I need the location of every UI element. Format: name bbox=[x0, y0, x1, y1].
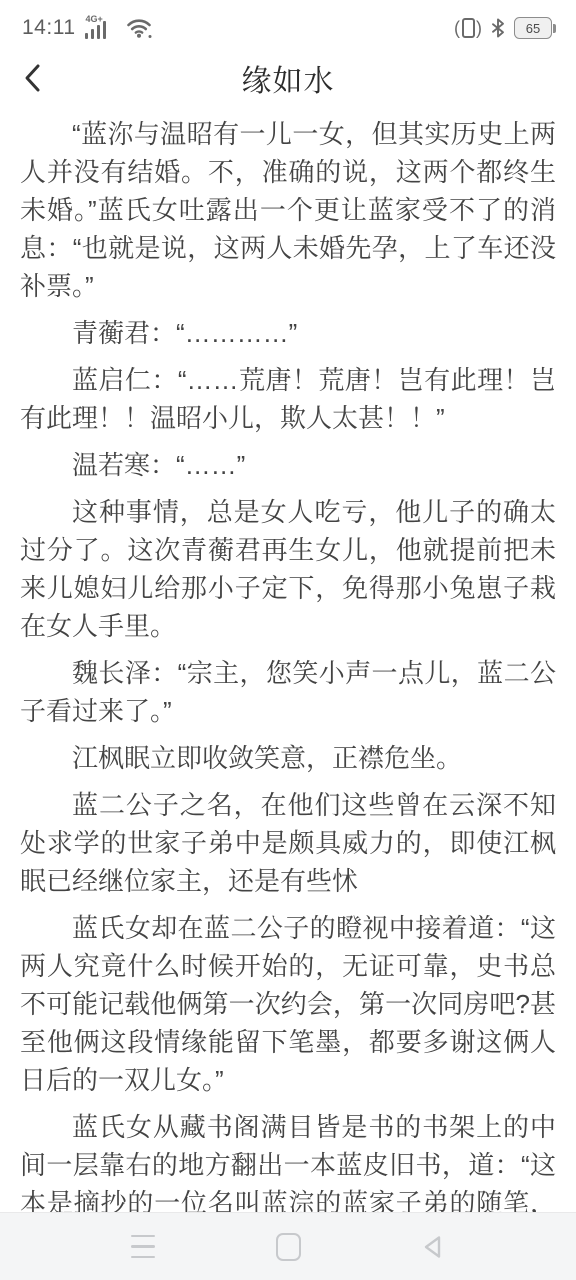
cell-signal-icon: 4G+ bbox=[85, 14, 117, 42]
recent-apps-button[interactable] bbox=[130, 1233, 156, 1261]
novel-paragraph: 这种事情，总是女人吃亏，他儿子的确太过分了。这次青蘅君再生女儿，他就提前把未来儿… bbox=[20, 493, 556, 645]
novel-paragraph: 魏长泽：“宗主，您笑小声一点儿，蓝二公子看过来了。” bbox=[20, 654, 556, 730]
novel-paragraph: 蓝启仁：“……荒唐！荒唐！岂有此理！岂有此理！！温昭小儿，欺人太甚！！” bbox=[20, 361, 556, 437]
chevron-left-icon bbox=[22, 63, 44, 93]
title-bar: 缘如水 bbox=[0, 52, 576, 104]
back-triangle-icon bbox=[420, 1234, 446, 1260]
home-button[interactable] bbox=[275, 1233, 301, 1261]
novel-paragraph: 蓝氏女却在蓝二公子的瞪视中接着道：“这两人究竟什么时候开始的，无证可靠，史书总不… bbox=[20, 909, 556, 1099]
page-title: 缘如水 bbox=[242, 56, 335, 100]
wifi-icon bbox=[126, 16, 153, 40]
novel-paragraph: 青蘅君：“…………” bbox=[20, 314, 556, 352]
back-nav-button[interactable] bbox=[420, 1233, 446, 1261]
system-navbar bbox=[0, 1212, 576, 1280]
clock: 14:11 bbox=[22, 16, 76, 40]
novel-paragraph: “蓝沵与温昭有一儿一女，但其实历史上两人并没有结婚。不，准确的说，这两个都终生未… bbox=[20, 115, 556, 305]
bluetooth-icon bbox=[491, 18, 505, 38]
screen: 14:11 4G+ () bbox=[0, 0, 576, 1280]
back-button[interactable] bbox=[22, 58, 58, 98]
battery-icon: 65 bbox=[514, 17, 556, 39]
status-bar: 14:11 4G+ () bbox=[0, 0, 576, 52]
novel-paragraph: 江枫眠立即收敛笑意，正襟危坐。 bbox=[20, 739, 556, 777]
novel-paragraph: 温若寒：“……” bbox=[20, 446, 556, 484]
signal-bars bbox=[85, 21, 107, 39]
status-bar-right: () 65 bbox=[454, 17, 556, 39]
vibrate-icon: () bbox=[454, 18, 482, 38]
home-square-icon bbox=[276, 1233, 301, 1261]
battery-percent: 65 bbox=[526, 21, 540, 36]
novel-paragraph: 蓝二公子之名，在他们这些曾在云深不知处求学的世家子弟中是颇具威力的，即使江枫眠已… bbox=[20, 786, 556, 900]
menu-icon bbox=[131, 1235, 155, 1259]
reading-content[interactable]: “蓝沵与温昭有一儿一女，但其实历史上两人并没有结婚。不，准确的说，这两个都终生未… bbox=[0, 104, 576, 1260]
status-bar-left: 14:11 4G+ bbox=[22, 14, 153, 42]
